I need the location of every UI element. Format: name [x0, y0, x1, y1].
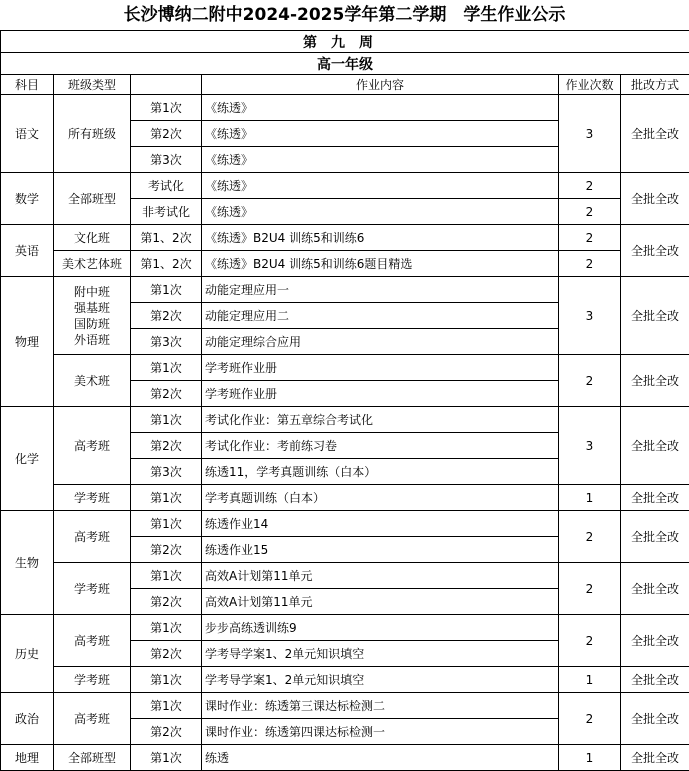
- content-cell: 练透作业14: [202, 511, 559, 537]
- class-type-cell: 高考班: [54, 407, 131, 485]
- content-cell: 学考导学案1、2单元知识填空: [202, 641, 559, 667]
- content-cell: 学考真题训练（白本）: [202, 485, 559, 511]
- table-row: 学考班 第1次 学考导学案1、2单元知识填空 1 全批全改: [1, 667, 689, 693]
- count-cell: 3: [559, 277, 621, 355]
- table-row: 语文 所有班级 第1次 《练透》 3 全批全改: [1, 95, 689, 121]
- class-type-multi-text: 附中班 强基班 国防班 外语班: [72, 284, 112, 348]
- count-cell: 2: [559, 225, 621, 251]
- header-subject: 科目: [1, 75, 54, 95]
- table-row: 学考班 第1次 学考真题训练（白本） 1 全批全改: [1, 485, 689, 511]
- count-cell: 2: [559, 355, 621, 407]
- content-cell: 高效A计划第11单元: [202, 589, 559, 615]
- count-cell: 2: [559, 199, 621, 225]
- table-row: 政治 高考班 第1次 课时作业：练透第三课达标检测二 2 全批全改: [1, 693, 689, 719]
- method-cell: 全批全改: [621, 745, 689, 771]
- method-cell: 全批全改: [621, 485, 689, 511]
- class-type-cell: 高考班: [54, 693, 131, 745]
- session-cell: 第1次: [131, 485, 202, 511]
- content-cell: 练透11，学考真题训练（白本）: [202, 459, 559, 485]
- count-cell: 1: [559, 485, 621, 511]
- content-cell: 《练透》: [202, 173, 559, 199]
- class-type-cell: 高考班: [54, 615, 131, 667]
- method-cell: 全批全改: [621, 693, 689, 745]
- class-type-cell: 全部班型: [54, 173, 131, 225]
- content-cell: 学考导学案1、2单元知识填空: [202, 667, 559, 693]
- content-cell: 学考班作业册: [202, 381, 559, 407]
- session-cell: 第1次: [131, 95, 202, 121]
- session-cell: 第3次: [131, 459, 202, 485]
- content-cell: 练透作业15: [202, 537, 559, 563]
- session-cell: 第2次: [131, 641, 202, 667]
- class-type-cell: 学考班: [54, 667, 131, 693]
- count-cell: 2: [559, 251, 621, 277]
- subject-cell: 语文: [1, 95, 54, 173]
- table-row: 美术艺体班 第1、2次 《练透》B2U4 训练5和训练6题目精选 2: [1, 251, 689, 277]
- method-cell: 全批全改: [621, 355, 689, 407]
- content-cell: 《练透》: [202, 95, 559, 121]
- class-type-cell: 学考班: [54, 485, 131, 511]
- count-cell: 2: [559, 615, 621, 667]
- content-cell: 《练透》: [202, 147, 559, 173]
- grade-banner: 高一年级: [1, 53, 689, 75]
- content-cell: 课时作业：练透第三课达标检测二: [202, 693, 559, 719]
- session-cell: 第1、2次: [131, 225, 202, 251]
- class-type-cell: 美术班: [54, 355, 131, 407]
- session-cell: 第1次: [131, 745, 202, 771]
- session-cell: 第2次: [131, 121, 202, 147]
- count-cell: 2: [559, 173, 621, 199]
- table-row: 美术班 第1次 学考班作业册 2 全批全改: [1, 355, 689, 381]
- session-cell: 第2次: [131, 537, 202, 563]
- method-cell: 全批全改: [621, 407, 689, 485]
- count-cell: 1: [559, 745, 621, 771]
- content-cell: 《练透》: [202, 121, 559, 147]
- class-type-cell: 所有班级: [54, 95, 131, 173]
- class-type-cell: 学考班: [54, 563, 131, 615]
- class-type-cell: 全部班型: [54, 745, 131, 771]
- session-cell: 第2次: [131, 719, 202, 745]
- count-cell: 2: [559, 511, 621, 563]
- session-cell: 第1次: [131, 563, 202, 589]
- subject-cell: 历史: [1, 615, 54, 693]
- session-cell: 第1次: [131, 355, 202, 381]
- table-row: 生物 高考班 第1次 练透作业14 2 全批全改: [1, 511, 689, 537]
- session-cell: 考试化: [131, 173, 202, 199]
- subject-cell: 地理: [1, 745, 54, 771]
- class-type-cell: 美术艺体班: [54, 251, 131, 277]
- table-row: 化学 高考班 第1次 考试化作业：第五章综合考试化 3 全批全改: [1, 407, 689, 433]
- session-cell: 第1次: [131, 615, 202, 641]
- method-cell: 全批全改: [621, 95, 689, 173]
- class-type-cell: 文化班: [54, 225, 131, 251]
- method-cell: 全批全改: [621, 277, 689, 355]
- session-cell: 第3次: [131, 147, 202, 173]
- count-cell: 2: [559, 693, 621, 745]
- method-cell: 全批全改: [621, 173, 689, 225]
- page-title: 长沙博纳二附中2024-2025学年第二学期 学生作业公示: [0, 0, 689, 30]
- table-row: 学考班 第1次 高效A计划第11单元 2 全批全改: [1, 563, 689, 589]
- count-cell: 3: [559, 95, 621, 173]
- content-cell: 高效A计划第11单元: [202, 563, 559, 589]
- header-session: [131, 75, 202, 95]
- session-cell: 第1次: [131, 407, 202, 433]
- table-row: 数学 全部班型 考试化 《练透》 2 全批全改: [1, 173, 689, 199]
- content-cell: 考试化作业：考前练习卷: [202, 433, 559, 459]
- session-cell: 第1、2次: [131, 251, 202, 277]
- content-cell: 练透: [202, 745, 559, 771]
- header-class-type: 班级类型: [54, 75, 131, 95]
- count-cell: 3: [559, 407, 621, 485]
- content-cell: 《练透》B2U4 训练5和训练6题目精选: [202, 251, 559, 277]
- subject-cell: 数学: [1, 173, 54, 225]
- session-cell: 第2次: [131, 433, 202, 459]
- content-cell: 学考班作业册: [202, 355, 559, 381]
- method-cell: 全批全改: [621, 563, 689, 615]
- content-cell: 《练透》: [202, 199, 559, 225]
- content-cell: 动能定理应用一: [202, 277, 559, 303]
- session-cell: 第2次: [131, 381, 202, 407]
- session-cell: 第2次: [131, 303, 202, 329]
- session-cell: 第1次: [131, 693, 202, 719]
- header-method: 批改方式: [621, 75, 689, 95]
- session-cell: 非考试化: [131, 199, 202, 225]
- content-cell: 课时作业：练透第四课达标检测一: [202, 719, 559, 745]
- subject-cell: 化学: [1, 407, 54, 511]
- table-row: 地理 全部班型 第1次 练透 1 全批全改: [1, 745, 689, 771]
- count-cell: 1: [559, 667, 621, 693]
- table-row: 物理 附中班 强基班 国防班 外语班 第1次 动能定理应用一 3 全批全改: [1, 277, 689, 303]
- count-cell: 2: [559, 563, 621, 615]
- subject-cell: 政治: [1, 693, 54, 745]
- session-cell: 第1次: [131, 667, 202, 693]
- content-cell: 动能定理应用二: [202, 303, 559, 329]
- header-count: 作业次数: [559, 75, 621, 95]
- class-type-cell: 高考班: [54, 511, 131, 563]
- homework-table: 第九周 高一年级 科目 班级类型 作业内容 作业次数 批改方式 语文 所有班级 …: [0, 30, 689, 771]
- method-cell: 全批全改: [621, 615, 689, 667]
- table-row: 历史 高考班 第1次 步步高练透训练9 2 全批全改: [1, 615, 689, 641]
- content-cell: 《练透》B2U4 训练5和训练6: [202, 225, 559, 251]
- session-cell: 第2次: [131, 589, 202, 615]
- header-content: 作业内容: [202, 75, 559, 95]
- content-cell: 动能定理综合应用: [202, 329, 559, 355]
- week-banner: 第九周: [1, 31, 689, 53]
- content-cell: 考试化作业：第五章综合考试化: [202, 407, 559, 433]
- subject-cell: 物理: [1, 277, 54, 407]
- method-cell: 全批全改: [621, 225, 689, 277]
- subject-cell: 生物: [1, 511, 54, 615]
- class-type-cell: 附中班 强基班 国防班 外语班: [54, 277, 131, 355]
- header-row: 科目 班级类型 作业内容 作业次数 批改方式: [1, 75, 689, 95]
- session-cell: 第1次: [131, 277, 202, 303]
- content-cell: 步步高练透训练9: [202, 615, 559, 641]
- session-cell: 第3次: [131, 329, 202, 355]
- method-cell: 全批全改: [621, 511, 689, 563]
- table-row: 英语 文化班 第1、2次 《练透》B2U4 训练5和训练6 2 全批全改: [1, 225, 689, 251]
- subject-cell: 英语: [1, 225, 54, 277]
- method-cell: 全批全改: [621, 667, 689, 693]
- session-cell: 第1次: [131, 511, 202, 537]
